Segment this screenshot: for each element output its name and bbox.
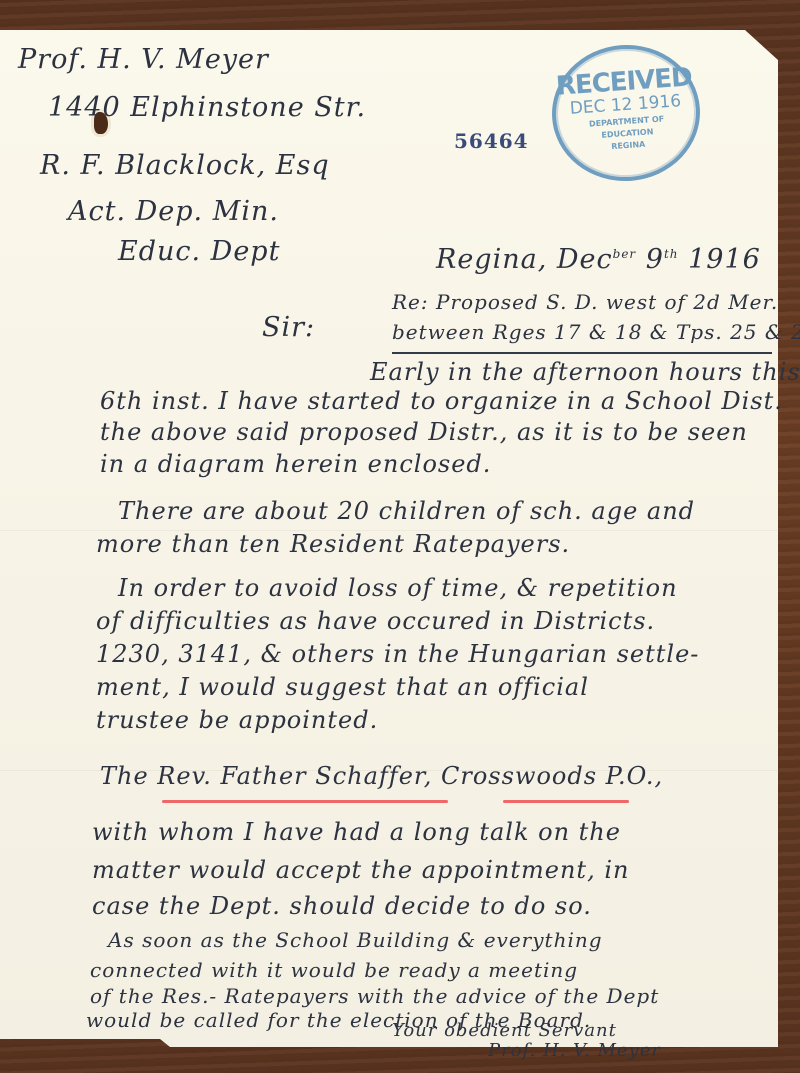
red-underline-place [503, 800, 629, 803]
subject-line-2: between Rges 17 & 18 & Tps. 25 & 26. [392, 320, 800, 344]
body-line: the above said proposed Distr., as it is… [100, 418, 748, 446]
body-line-nominee: The Rev. Father Schaffer, Crosswoods P.O… [100, 762, 663, 790]
red-underline-name [162, 800, 448, 803]
subject-line-1: Re: Proposed S. D. west of 2d Mer. [392, 290, 778, 314]
subject-underline [392, 352, 772, 354]
closing: Your obedient Servant [392, 1020, 617, 1041]
body-line: 6th inst. I have started to organize in … [100, 387, 783, 415]
body-line: ment, I would suggest that an official [96, 673, 589, 701]
body-line: in a diagram herein enclosed. [100, 450, 491, 478]
dateline-year: 1916 [688, 244, 761, 275]
body-line: 1230, 3141, & others in the Hungarian se… [96, 640, 699, 668]
body-line: of the Res.- Ratepayers with the advice … [90, 984, 659, 1008]
file-number: 56464 [454, 129, 529, 153]
body-line: with whom I have had a long talk on the [92, 818, 621, 846]
sender-name: Prof. H. V. Meyer [18, 44, 269, 75]
recipient-title: Act. Dep. Min. [68, 196, 279, 227]
sender-address: 1440 Elphinstone Str. [48, 92, 366, 123]
body-line: As soon as the School Building & everyth… [108, 928, 603, 952]
body-line: Early in the afternoon hours this [370, 358, 800, 386]
body-line: case the Dept. should decide to do so. [92, 892, 592, 920]
signature: Prof. H. V. Meyer [488, 1040, 661, 1061]
body-line: more than ten Resident Ratepayers. [96, 530, 570, 558]
body-line: of difficulties as have occured in Distr… [96, 607, 655, 635]
salutation: Sir: [262, 312, 315, 343]
body-line: In order to avoid loss of time, & repeti… [118, 574, 678, 602]
body-line: trustee be appointed. [96, 706, 378, 734]
recipient-name: R. F. Blacklock, Esq [40, 150, 330, 181]
body-line: There are about 20 children of sch. age … [118, 497, 695, 525]
body-line: connected with it would be ready a meeti… [90, 958, 578, 982]
recipient-department: Educ. Dept [118, 236, 280, 267]
dateline-day: 9 [646, 244, 664, 275]
dateline: Regina, Decber 9th 1916 [436, 244, 761, 275]
body-line: matter would accept the appointment, in [92, 856, 629, 884]
dateline-place: Regina, Dec [436, 244, 613, 275]
dateline-sup1: ber [613, 247, 637, 261]
dateline-sup2: th [664, 247, 679, 261]
